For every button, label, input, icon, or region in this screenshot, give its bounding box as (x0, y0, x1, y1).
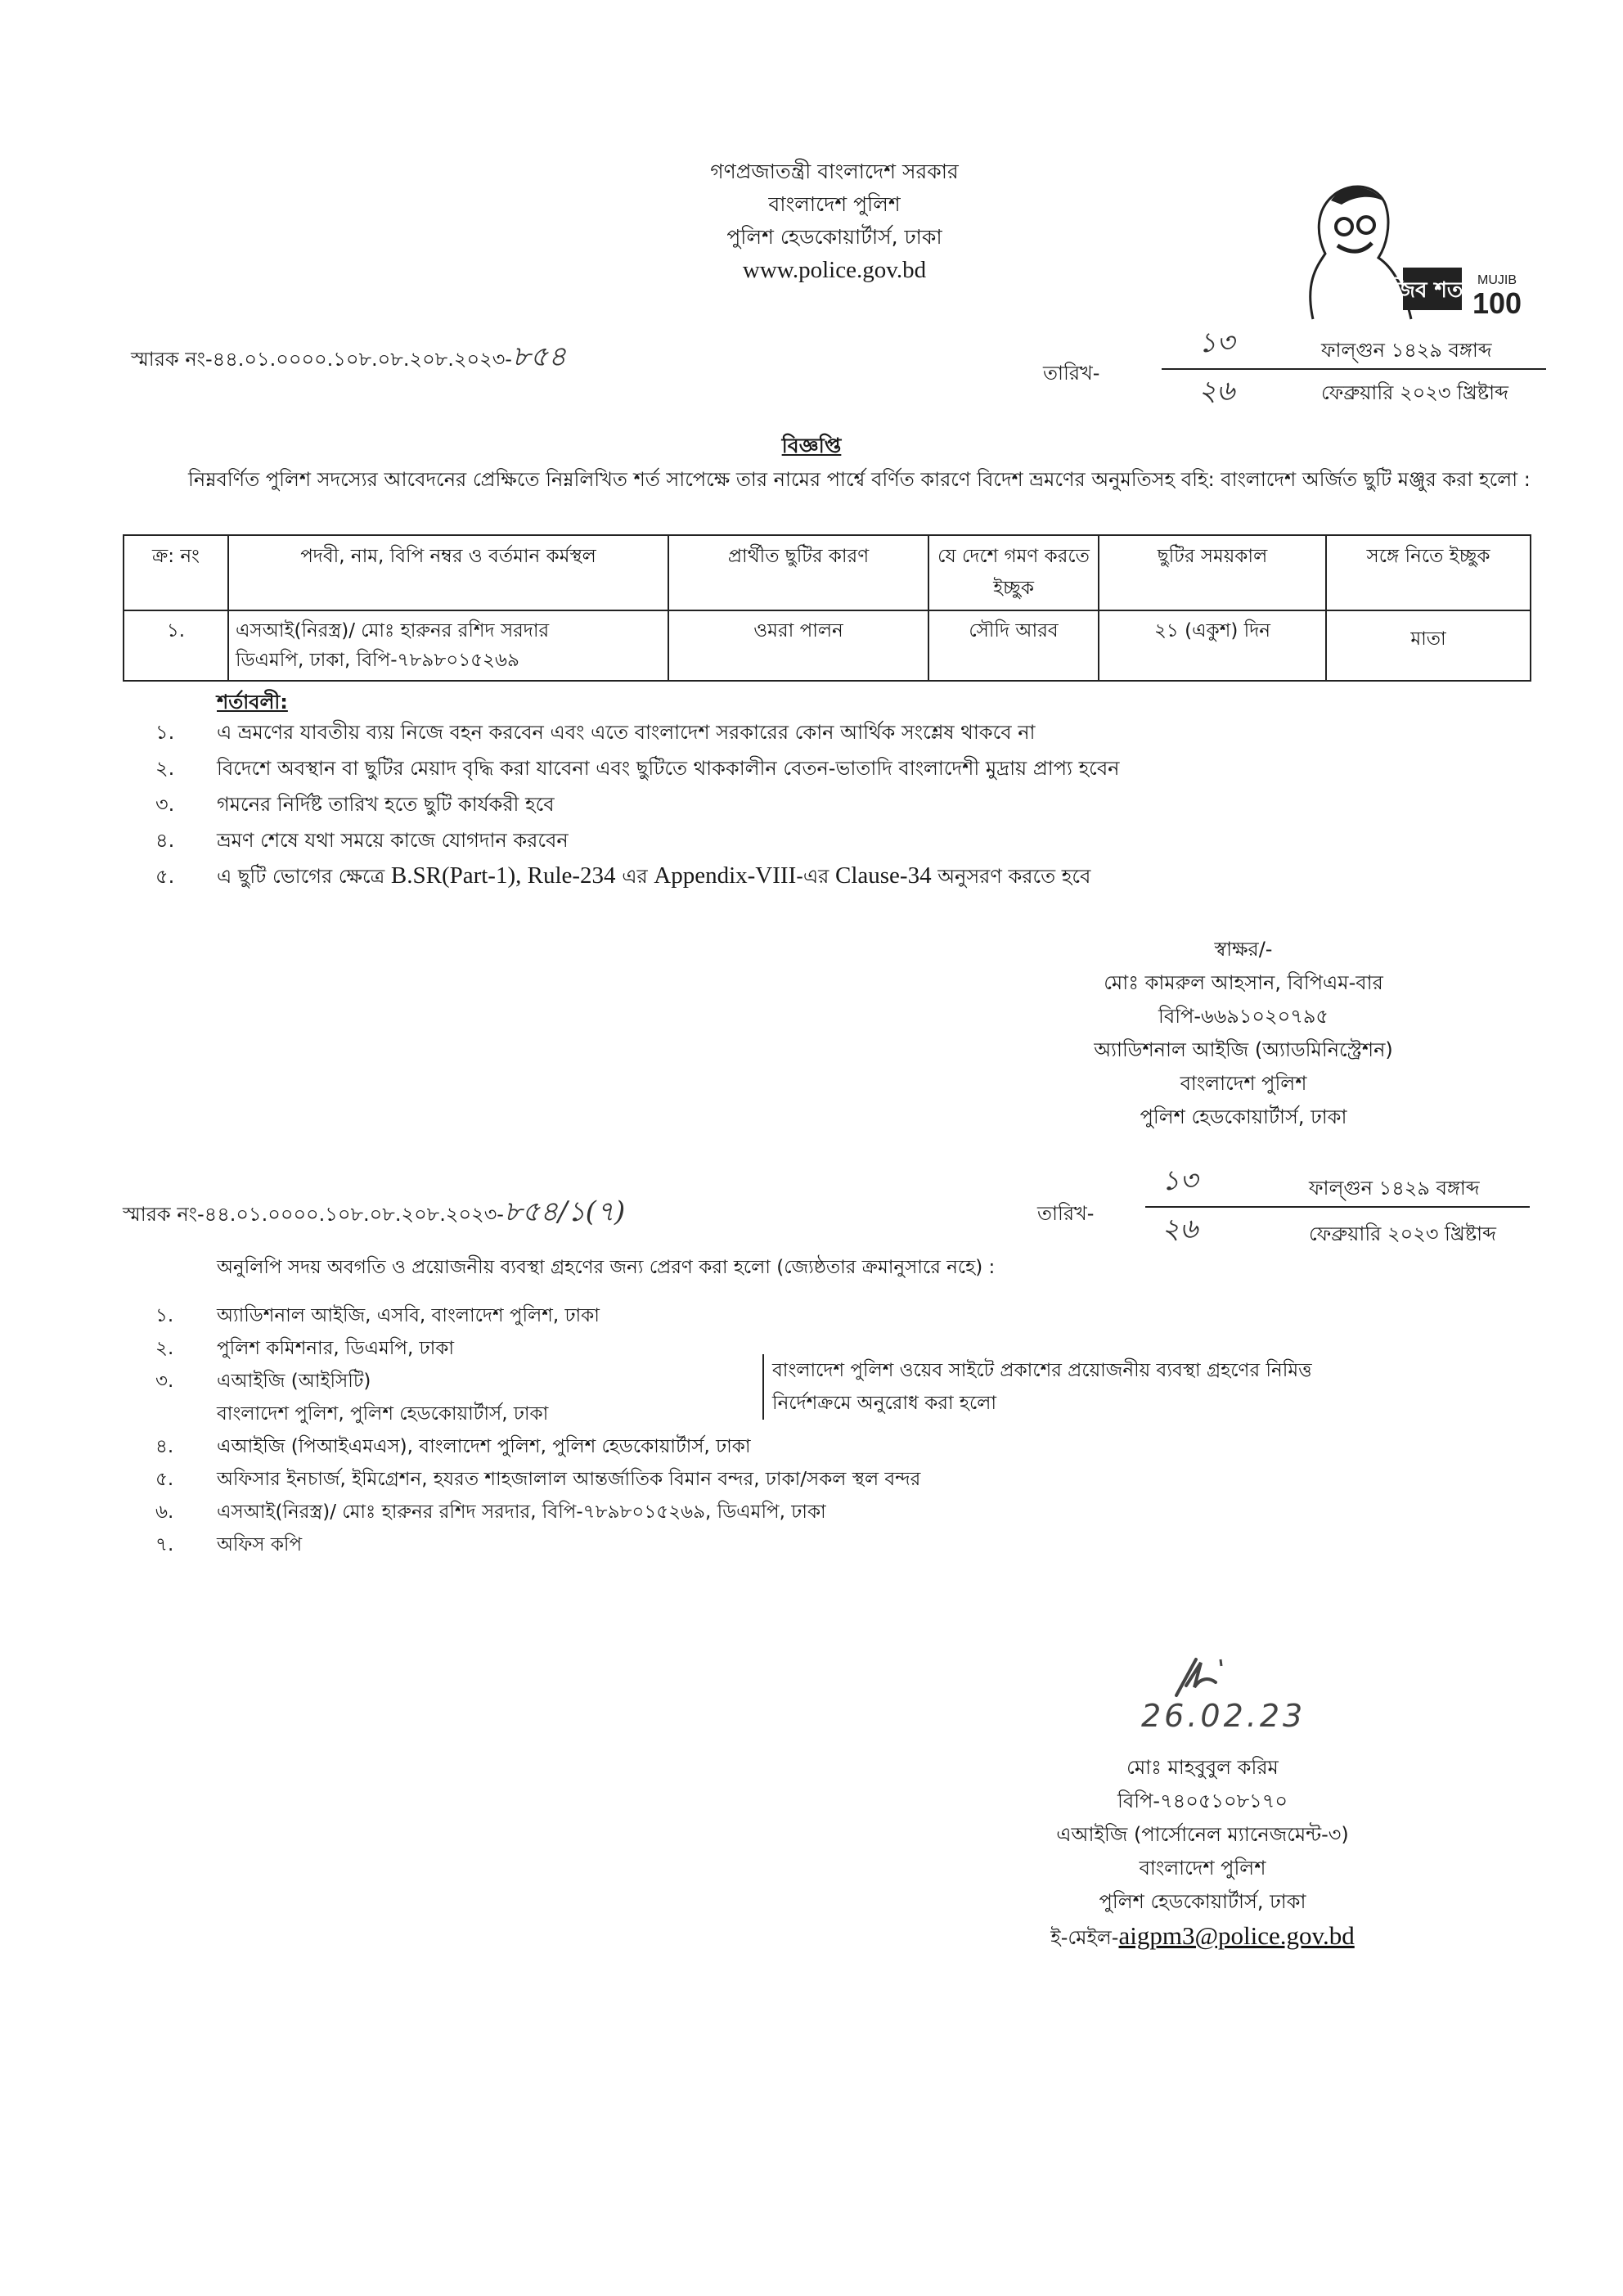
table-header-row: ক্র: নং পদবী, নাম, বিপি নম্বর ও বর্তমান … (124, 535, 1531, 610)
condition-item: ৫.এ ছুটি ভোগের ক্ষেত্রে B.SR(Part-1), Ru… (123, 860, 1120, 896)
english-day-handwritten: ২৬ (1162, 370, 1321, 416)
english-day-handwritten: ২৬ (1145, 1208, 1309, 1254)
conditions-title: শর্তাবলী: (217, 687, 288, 720)
handwritten-signature-icon (1162, 1653, 1260, 1702)
notice-intro: নিম্নবর্ণিত পুলিশ সদস্যের আবেদনের প্রেক্… (123, 462, 1546, 497)
memo-number-handwritten: ৮৫৪/১(৭) (504, 1195, 625, 1228)
copy-item: ৪.এআইজি (পিআইএমএস), বাংলাদেশ পুলিশ, পুলি… (123, 1430, 920, 1463)
copy-item: ৬.এসআই(নিরস্ত্র)/ মোঃ হারুনর রশিদ সরদার,… (123, 1496, 920, 1528)
col-duration: ছুটির সময়কাল (1099, 535, 1326, 610)
table-row: ১. এসআই(নিরস্ত্র)/ মোঃ হারুনর রশিদ সরদার… (124, 610, 1531, 681)
date-block: ১৩ ফাল্গুন ১৪২৯ বঙ্গাব্দ ২৬ ফেব্রুয়ারি … (1145, 1168, 1530, 1249)
signed-mark: স্বাক্ষর/- (990, 933, 1497, 966)
memo-number: স্মারক নং-৪৪.০১.০০০০.১০৮.০৮.২০৮.২০২৩- (123, 1203, 504, 1226)
email-label: ই-মেইল- (1050, 1926, 1118, 1949)
memo-reference: স্মারক নং-৪৪.০১.০০০০.১০৮.০৮.২০৮.২০২৩-৮৫৪ (131, 335, 566, 382)
signatory-org: বাংলাদেশ পুলিশ (990, 1067, 1497, 1101)
signatory-office: পুলিশ হেডকোয়ার্টার্স, ঢাকা (949, 1885, 1456, 1919)
signatory-name: মোঃ কামরুল আহসান, বিপিএম-বার (990, 966, 1497, 1000)
signatory-bp: বিপি-৬৬৯১০২০৭৯৫ (990, 1000, 1497, 1033)
english-month-year: ফেব্রুয়ারি ২০২৩ খ্রিষ্টাব্দ (1309, 1208, 1496, 1252)
notice-title: বিজ্ঞপ্তি (0, 430, 1623, 465)
condition-item: ৪.ভ্রমণ শেষে যথা সময়ে কাজে যোগদান করবেন (123, 824, 1120, 860)
cell-companion: মাতা (1326, 610, 1531, 681)
condition-item: ৩.গমনের নির্দিষ্ট তারিখ হতে ছুটি কার্যকর… (123, 788, 1120, 824)
signatory-designation: এআইজি (পার্সোনেল ম্যানেজমেন্ট-৩) (949, 1818, 1456, 1852)
copy-item: ৭.অফিস কপি (123, 1528, 920, 1561)
cell-serial: ১. (124, 610, 228, 681)
leave-grant-table: ক্র: নং পদবী, নাম, বিপি নম্বর ও বর্তমান … (123, 534, 1531, 682)
date-block: ১৩ ফাল্গুন ১৪২৯ বঙ্গাব্দ ২৬ ফেব্রুয়ারি … (1162, 327, 1546, 411)
mujib-100-logo-icon: মুজিব শতবর্ষ MUJIB 100 (1280, 176, 1542, 323)
col-reason: প্রার্থীত ছুটির কারণ (668, 535, 928, 610)
copy-intro: অনুলিপি সদয় অবগতি ও প্রয়োজনীয় ব্যবস্থ… (217, 1252, 995, 1284)
office-name: পুলিশ হেডকোয়ার্টার্স, ঢাকা (573, 221, 1096, 254)
col-person: পদবী, নাম, বিপি নম্বর ও বর্তমান কর্মস্থল (228, 535, 668, 610)
signatory-block-2: মোঃ মাহবুবুল করিম বিপি-৭৪০৫১০৮১৭০ এআইজি … (949, 1751, 1456, 1955)
memo-number: স্মারক নং-৪৪.০১.০০০০.১০৮.০৮.২০৮.২০২৩- (131, 348, 512, 371)
condition-item: ১.এ ভ্রমণের যাবতীয় ব্যয় নিজে বহন করবেন… (123, 716, 1120, 752)
date-label: তারিখ- (1043, 358, 1099, 391)
signatory-email: ই-মেইল-aigpm3@police.gov.bd (949, 1919, 1456, 1955)
ict-instruction-note: বাংলাদেশ পুলিশ ওয়েব সাইটে প্রকাশের প্রয… (762, 1354, 1312, 1420)
svg-text:100: 100 (1472, 286, 1522, 320)
date-label: তারিখ- (1037, 1199, 1094, 1231)
copy-recipients-list: ১.অ্যাডিশনাল আইজি, এসবি, বাংলাদেশ পুলিশ,… (123, 1299, 920, 1561)
col-serial: ক্র: নং (124, 535, 228, 610)
cell-person: এসআই(নিরস্ত্র)/ মোঃ হারুনর রশিদ সরদার ডি… (228, 610, 668, 681)
bangla-day-handwritten: ১৩ (1145, 1159, 1309, 1206)
memo-number-handwritten: ৮৫৪ (512, 340, 566, 373)
website-link[interactable]: www.police.gov.bd (573, 254, 1096, 286)
svg-text:MUJIB: MUJIB (1477, 273, 1517, 287)
cell-country: সৌদি আরব (928, 610, 1099, 681)
english-month-year: ফেব্রুয়ারি ২০২৩ খ্রিষ্টাব্দ (1321, 370, 1508, 411)
bangla-day-handwritten: ১৩ (1162, 322, 1321, 368)
email-link[interactable]: aigpm3@police.gov.bd (1118, 1921, 1354, 1950)
col-companion: সঙ্গে নিতে ইচ্ছুক (1326, 535, 1531, 610)
col-country: যে দেশে গমণ করতে ইচ্ছুক (928, 535, 1099, 610)
letterhead: গণপ্রজাতন্ত্রী বাংলাদেশ সরকার বাংলাদেশ প… (573, 155, 1096, 286)
condition-item: ২.বিদেশে অবস্থান বা ছুটির মেয়াদ বৃদ্ধি … (123, 752, 1120, 788)
signatory-block-1: স্বাক্ষর/- মোঃ কামরুল আহসান, বিপিএম-বার … (990, 933, 1497, 1134)
person-station-bp: ডিএমপি, ঢাকা, বিপি-৭৮৯৮০১৫২৬৯ (236, 646, 661, 675)
conditions-list: ১.এ ভ্রমণের যাবতীয় ব্যয় নিজে বহন করবেন… (123, 716, 1120, 896)
cell-reason: ওমরা পালন (668, 610, 928, 681)
government-name: গণপ্রজাতন্ত্রী বাংলাদেশ সরকার (573, 155, 1096, 188)
signatory-office: পুলিশ হেডকোয়ার্টার্স, ঢাকা (990, 1101, 1497, 1134)
copy-item: ৫.অফিসার ইনচার্জ, ইমিগ্রেশন, হযরত শাহজাল… (123, 1463, 920, 1496)
signatory-name: মোঃ মাহবুবুল করিম (949, 1751, 1456, 1785)
copy-memo-reference: স্মারক নং-৪৪.০১.০০০০.১০৮.০৮.২০৮.২০২৩-৮৫৪… (123, 1191, 625, 1237)
cell-duration: ২১ (একুশ) দিন (1099, 610, 1326, 681)
handwritten-sign-date: 26.02.23 (1141, 1698, 1306, 1734)
bangla-month-year: ফাল্গুন ১৪২৯ বঙ্গাব্দ (1321, 335, 1492, 368)
signatory-designation: অ্যাডিশনাল আইজি (অ্যাডমিনিস্ট্রেশন) (990, 1033, 1497, 1067)
bangla-month-year: ফাল্গুন ১৪২৯ বঙ্গাব্দ (1309, 1173, 1480, 1206)
person-designation-name: এসআই(নিরস্ত্র)/ মোঃ হারুনর রশিদ সরদার (236, 616, 661, 646)
copy-item: ১.অ্যাডিশনাল আইজি, এসবি, বাংলাদেশ পুলিশ,… (123, 1299, 920, 1332)
department-name: বাংলাদেশ পুলিশ (573, 188, 1096, 221)
signatory-bp: বিপি-৭৪০৫১০৮১৭০ (949, 1785, 1456, 1818)
signatory-org: বাংলাদেশ পুলিশ (949, 1852, 1456, 1885)
